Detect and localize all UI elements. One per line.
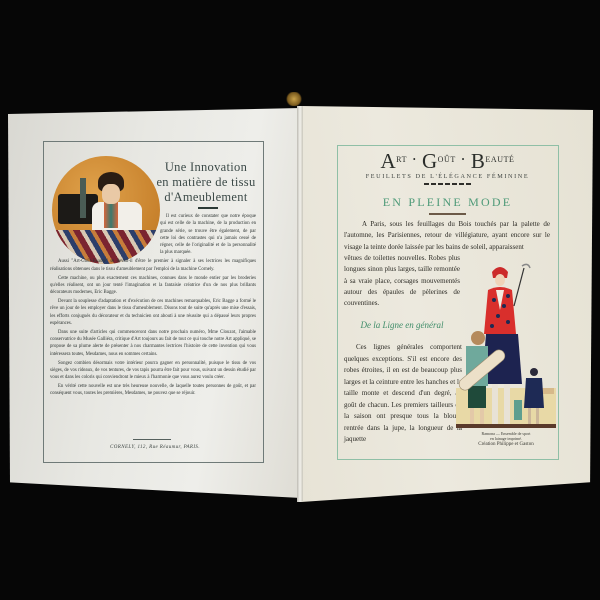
signature: CORNELY, 112, Rue Réaumur, PARIS. — [60, 445, 250, 450]
masthead: ART • GOÛT • BEAUTÉ FEUILLETS DE L'ÉLÉGA… — [340, 149, 555, 185]
intro-paragraph: A Paris, sous les feuillages du Bois tou… — [344, 219, 550, 253]
masthead-ornament — [424, 183, 472, 185]
article-body: Il est curieux de constater que notre ép… — [50, 213, 256, 399]
intro-continuation: vêtues de toilettes nouvelles. Robes plu… — [344, 253, 460, 309]
illustration-credit: Création Philippe et Gaston — [456, 442, 556, 447]
section-text: Ces lignes générales comportent quelques… — [344, 342, 462, 446]
logo-dot: • — [462, 155, 465, 164]
masthead-logo: ART • GOÛT • BEAUTÉ — [340, 149, 555, 172]
machine-arm — [80, 178, 86, 218]
paragraph: Devant la souplesse d'adaptation et d'ex… — [50, 298, 256, 327]
paragraph: Cette machine, ou plus exactement ces ma… — [50, 275, 256, 297]
paragraph: Il est curieux de constater que notre ép… — [160, 213, 256, 257]
spine-fold — [297, 106, 303, 502]
logo-dot: • — [413, 155, 416, 164]
paragraph: En vérité cette nouvelle est une très he… — [50, 383, 256, 398]
photo-background: Une Innovation en matière de tissu d'Ame… — [0, 0, 600, 600]
title-ornament — [198, 207, 218, 209]
fashion-plate-graphic — [456, 260, 556, 432]
paragraph: Aussi "Art-Goût-Beauté" se devait-il d'ê… — [50, 258, 256, 273]
fashion-illustration — [456, 260, 556, 440]
title-line-3: d'Ameublement — [150, 190, 262, 205]
paragraph: Songez combien désormais votre intérieur… — [50, 360, 256, 382]
illustration-caption: Ramona — Ensemble de sport en lainage im… — [456, 431, 556, 447]
headline: EN PLEINE MODE — [340, 195, 555, 210]
masthead-subtitle: FEUILLETS DE L'ÉLÉGANCE FÉMININE — [340, 173, 555, 180]
binding-clip — [286, 92, 302, 106]
title-line-1: Une Innovation — [150, 160, 262, 175]
subheading: De la Ligne en général — [344, 320, 460, 330]
headline-rule — [429, 213, 466, 215]
signature-rule — [133, 439, 171, 440]
title-line-2: en matière de tissu — [150, 175, 262, 190]
article-title: Une Innovation en matière de tissu d'Ame… — [150, 160, 262, 205]
woman-face — [102, 184, 120, 204]
paragraph: Dans une suite d'articles qui commencero… — [50, 329, 256, 358]
